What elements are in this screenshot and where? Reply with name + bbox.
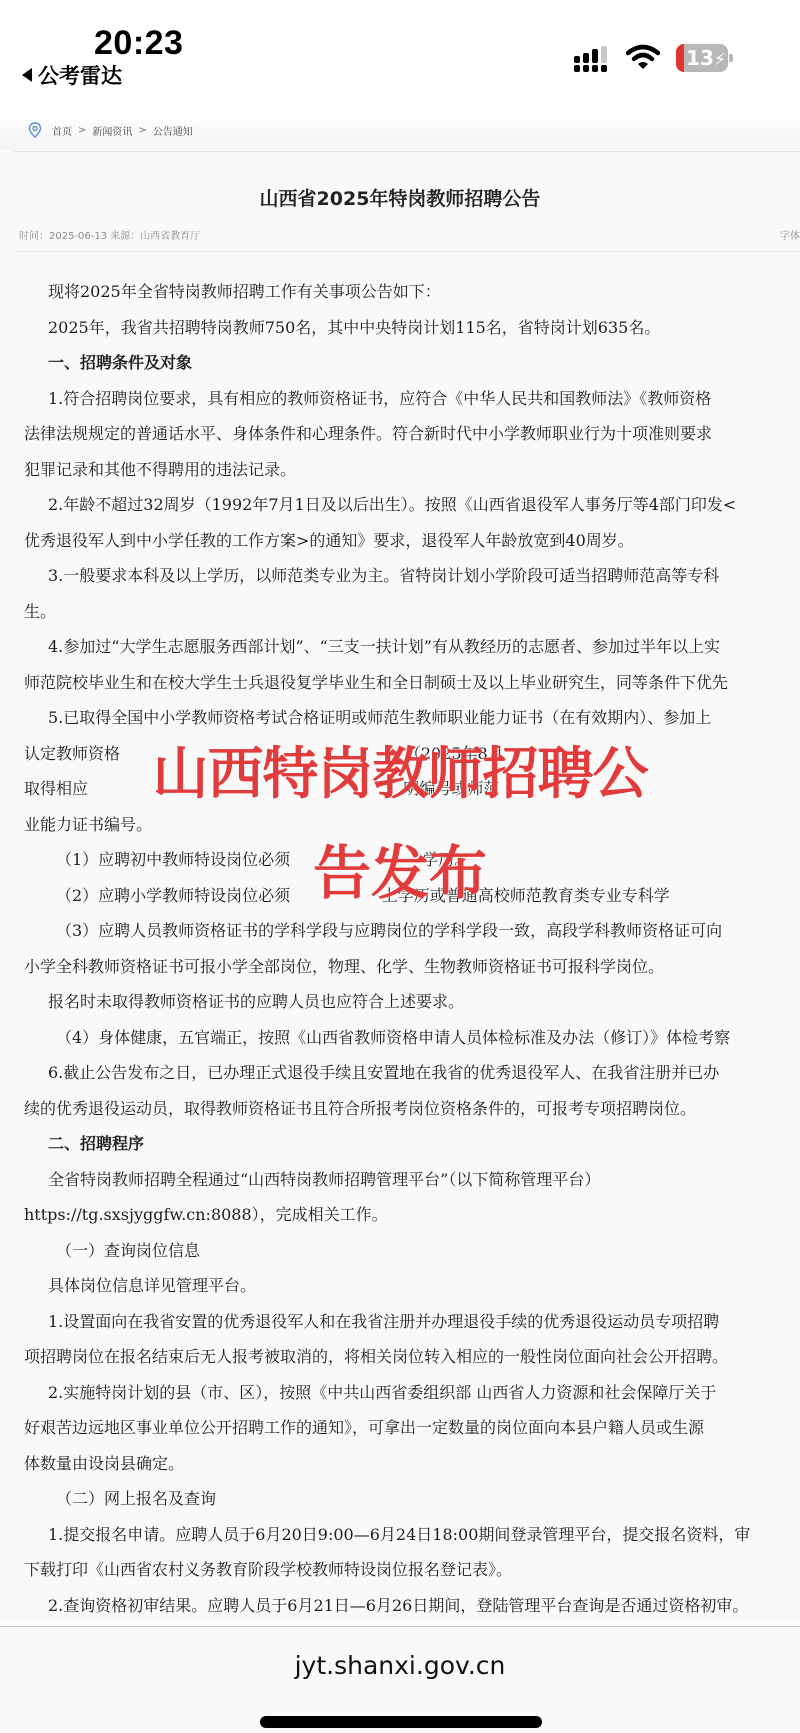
paragraph: 现将2025年全省特岗教师招聘工作有关事项公告如下： (24, 274, 800, 310)
paragraph: 师范院校毕业生和在校大学生士兵退役复学毕业生和全日制硕士及以上毕业研究生，同等条… (24, 665, 800, 701)
browser-url-bar: jyt.shanxi.gov.cn (0, 1626, 800, 1733)
paragraph: 具体岗位信息详见管理平台。 (24, 1268, 800, 1304)
paragraph: 犯罪记录和其他不得聘用的违法记录。 (24, 452, 800, 488)
paragraph: 4.参加过“大学生志愿服务西部计划”、“三支一扶计划”有从教经历的志愿者、参加过… (24, 629, 800, 665)
paragraph: 优秀退役军人到中小学任教的工作方案>的通知》要求，退役军人年龄放宽到40周岁。 (24, 523, 800, 559)
paragraph: 生。 (24, 594, 800, 630)
paragraph: 6.截止公告发布之日，已办理正式退役手续且安置地在我省的优秀退役军人、在我省注册… (24, 1055, 800, 1091)
status-time: 20:23 (94, 24, 183, 63)
paragraph: 小学全科教师资格证书可报小学全部岗位，物理、化学、生物教师资格证书可报科学岗位。 (24, 949, 800, 985)
paragraph: 全省特岗教师招聘全程通过“山西特岗教师招聘管理平台”（以下简称管理平台） (24, 1162, 800, 1198)
battery-body: 13⚡ (676, 44, 728, 72)
breadcrumb: 首页 > 新闻资讯 > 公告通知 (0, 110, 800, 150)
paragraph: 1.符合招聘岗位要求，具有相应的教师资格证书，应符合《中华人民共和国教师法》《教… (24, 381, 800, 417)
location-pin-icon (28, 122, 42, 138)
section-heading: 一、招聘条件及对象 (24, 345, 800, 381)
battery-level-fill (676, 44, 684, 72)
subsection-heading: （二）网上报名及查询 (24, 1481, 800, 1517)
font-size-control[interactable]: 字体 (780, 227, 800, 242)
battery-percentage: 13⚡ (684, 44, 728, 72)
breadcrumb-announcements[interactable]: 公告通知 (153, 123, 193, 138)
overlay-caption-line2: 告发布 (200, 826, 600, 910)
paragraph: 2.年龄不超过32周岁（1992年7月1日及以后出生）。按照《山西省退役军人事务… (24, 487, 800, 523)
breadcrumb-separator: > (78, 125, 86, 136)
paragraph: 2.实施特岗计划的县（市、区），按照《中共山西省委组织部 山西省人力资源和社会保… (24, 1375, 800, 1411)
back-app-label: 公考雷达 (38, 60, 122, 90)
article-title: 山西省2025年特岗教师招聘公告 (0, 184, 800, 211)
battery-cap (729, 54, 733, 62)
overlay-caption-line1: 山西特岗教师招聘公 (100, 730, 700, 810)
subsection-heading: （一）查询岗位信息 (24, 1233, 800, 1269)
paragraph: 体数量由设岗县确定。 (24, 1446, 800, 1482)
battery-indicator: 13⚡ (676, 44, 734, 72)
section-heading: 二、招聘程序 (24, 1126, 800, 1162)
paragraph: 报名时未取得教师资格证书的应聘人员也应符合上述要求。 (24, 984, 800, 1020)
url-domain[interactable]: jyt.shanxi.gov.cn (0, 1651, 800, 1680)
article-body: 现将2025年全省特岗教师招聘工作有关事项公告如下： 2025年，我省共招聘特岗… (24, 274, 800, 1623)
paragraph: 法律法规规定的普通话水平、身体条件和心理条件。符合新时代中小学教师职业行为十项准… (24, 416, 800, 452)
paragraph: 项招聘岗位在报名结束后无人报考被取消的，将相关岗位转入相应的一般性岗位面向社会公… (24, 1339, 800, 1375)
cellular-signal-icon (574, 46, 614, 74)
paragraph: 1.设置面向在我省安置的优秀退役军人和在我省注册并办理退役手续的优秀退役运动员专… (24, 1304, 800, 1340)
home-indicator[interactable] (260, 1716, 542, 1728)
divider (14, 151, 800, 152)
platform-link[interactable]: https://tg.sxsjyggfw.cn:8088），完成相关工作。 (24, 1197, 800, 1233)
paragraph: 好艰苦边远地区事业单位公开招聘工作的通知》，可拿出一定数量的岗位面向本县户籍人员… (24, 1410, 800, 1446)
paragraph: 1.提交报名申请。应聘人员于6月20日9:00—6月24日18:00期间登录管理… (24, 1517, 800, 1553)
breadcrumb-home[interactable]: 首页 (52, 123, 72, 138)
paragraph: 3.一般要求本科及以上学历，以师范类专业为主。省特岗计划小学阶段可适当招聘师范高… (24, 558, 800, 594)
article-meta: 时间：2025-06-13 来源：山西省教育厅 (19, 227, 200, 242)
paragraph: 2025年，我省共招聘特岗教师750名，其中中央特岗计划115名，省特岗计划63… (24, 310, 800, 346)
breadcrumb-separator: > (138, 125, 146, 136)
wifi-icon (626, 44, 660, 72)
paragraph: （3）应聘人员教师资格证书的学科学段与应聘岗位的学科学段一致，高段学科教师资格证… (24, 913, 800, 949)
charging-bolt-icon: ⚡ (714, 50, 726, 70)
breadcrumb-news[interactable]: 新闻资讯 (92, 123, 132, 138)
paragraph: 2.查询资格初审结果。应聘人员于6月21日—6月26日期间，登陆管理平台查询是否… (24, 1588, 800, 1624)
status-bar: 20:23 公考雷达 13⚡ (0, 0, 800, 110)
paragraph: 下载打印《山西省农村义务教育阶段学校教师特设岗位报名登记表》。 (24, 1552, 800, 1588)
paragraph: （4）身体健康，五官端正，按照《山西省教师资格申请人员体检标准及办法（修订）》体… (24, 1020, 800, 1056)
back-triangle-icon (22, 68, 32, 82)
divider (14, 251, 800, 252)
back-to-app-button[interactable]: 公考雷达 (22, 60, 122, 90)
paragraph: 续的优秀退役运动员，取得教师资格证书且符合所报考岗位资格条件的，可报考专项招聘岗… (24, 1091, 800, 1127)
